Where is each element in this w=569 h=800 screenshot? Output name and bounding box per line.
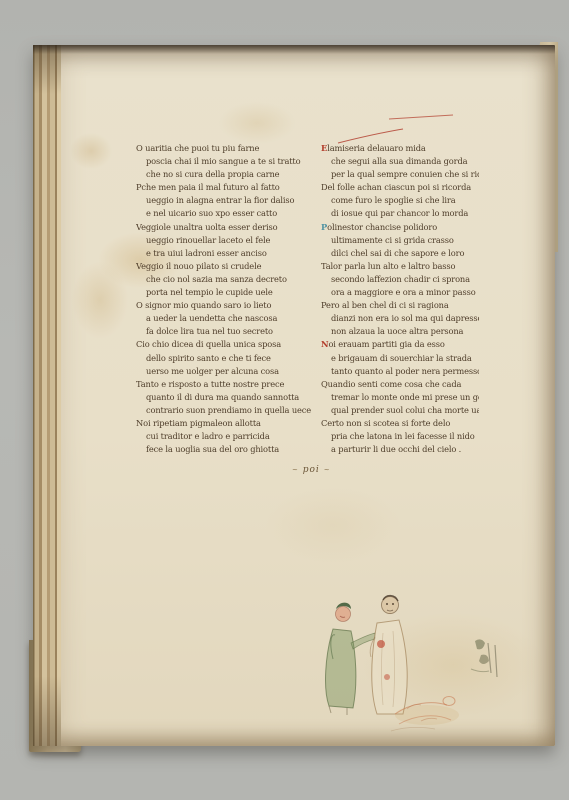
verse-text: secondo laffezion chadir ci sprona: [331, 274, 470, 284]
verse-text: di iosue qui par chancor lo morda: [331, 208, 468, 218]
verse-line: Noi erauam partiti gia da esso: [321, 338, 479, 351]
verse-line: e tra uiui ladroni esser anciso: [136, 247, 320, 260]
verse-line: Elamiseria delauaro mida: [321, 142, 479, 155]
verse-line: Pche men paia il mal futuro al fatto: [136, 181, 320, 194]
verse-text: dello spirito santo e che ti fece: [146, 353, 271, 363]
verse-text: O signor mio quando saro io lieto: [136, 300, 271, 310]
verse-line: ueggio rinouellar laceto el fele: [136, 234, 320, 247]
verse-line: cui traditor e ladro e parricida: [136, 430, 320, 443]
verse-line: non alzaua la uoce altra persona: [321, 325, 479, 338]
flourish-right: ~: [324, 466, 331, 474]
verse-text: ueggio in alagna entrar la fior daliso: [146, 195, 294, 205]
manuscript-photo: O uaritia che puoi tu piu farneposcia ch…: [0, 0, 569, 800]
verse-line: dello spirito santo e che ti fece: [136, 352, 320, 365]
verse-text: dianzi non era io sol ma qui dapresso: [331, 313, 479, 323]
verse-line: Pero al ben chel di ci si ragiona: [321, 299, 479, 312]
verse-line: Talor parla lun alto e laltro basso: [321, 260, 479, 273]
verse-text: porta nel tempio le cupide uele: [146, 287, 273, 297]
verse-line: Veggio il nouo pilato si crudele: [136, 260, 320, 273]
verse-text: contrario suon prendiamo in quella uece: [146, 405, 311, 415]
verse-text: Veggiole unaltra uolta esser deriso: [136, 222, 277, 232]
verse-line: e brigauam di souerchiar la strada: [321, 352, 479, 365]
verse-text: poscia chai il mio sangue a te si tratto: [146, 156, 300, 166]
verse-text: come furo le spoglie si che lira: [331, 195, 456, 205]
verse-text: che no si cura della propia carne: [146, 169, 279, 179]
verse-text: uerso me uolger per alcuna cosa: [146, 366, 279, 376]
verse-line: Noi ripetiam pigmaleon allotta: [136, 417, 320, 430]
robed-figure-pale: [370, 596, 407, 714]
verse-line: fece la uoglia sua del oro ghiotta: [136, 443, 320, 456]
verse-text: a ueder la uendetta che nascosa: [146, 313, 277, 323]
verse-text: ora a maggiore e ora a minor passo: [331, 287, 476, 297]
verse-text: O uaritia che puoi tu piu farne: [136, 143, 259, 153]
verse-text: Talor parla lun alto e laltro basso: [321, 261, 455, 271]
verse-text: Noi ripetiam pigmaleon allotta: [136, 418, 261, 428]
verse-text: Quandio senti come cosa che cada: [321, 379, 461, 389]
verse-text: Pche men paia il mal futuro al fatto: [136, 182, 280, 192]
verse-line: qual prender suol colui cha morte uada: [321, 404, 479, 417]
verse-text: Certo non si scotea si forte delo: [321, 418, 450, 428]
verse-text: non alzaua la uoce altra persona: [331, 326, 463, 336]
verse-text: che cio nol sazia ma sanza decreto: [146, 274, 287, 284]
verse-text: lamiseria delauaro mida: [327, 143, 426, 153]
verse-line: per la qual sempre conuien che si rida: [321, 168, 479, 181]
verse-text: ueggio rinouellar laceto el fele: [146, 235, 270, 245]
verse-text: e tra uiui ladroni esser anciso: [146, 248, 267, 258]
verse-line: porta nel tempio le cupide uele: [136, 286, 320, 299]
verse-text: cui traditor e ladro e parricida: [146, 431, 270, 441]
verse-line: di iosue qui par chancor lo morda: [321, 207, 479, 220]
verse-text: Veggio il nouo pilato si crudele: [136, 261, 261, 271]
robed-figure-green: [326, 603, 375, 715]
verse-text: che segui alla sua dimanda gorda: [331, 156, 467, 166]
verse-text: per la qual sempre conuien che si rida: [331, 169, 479, 179]
verse-text: e nel uicario suo xpo esser catto: [146, 208, 277, 218]
verse-column-2: Elamiseria delauaro midache segui alla s…: [321, 142, 479, 456]
verse-line: Del folle achan ciascun poi si ricorda: [321, 181, 479, 194]
verse-line: poscia chai il mio sangue a te si tratto: [136, 155, 320, 168]
verse-line: ultimamente ci si grida crasso: [321, 234, 479, 247]
verse-text: oi erauam partiti gia da esso: [328, 339, 444, 349]
verse-text: e brigauam di souerchiar la strada: [331, 353, 472, 363]
verse-line: dianzi non era io sol ma qui dapresso: [321, 312, 479, 325]
verse-line: fa dolce lira tua nel tuo secreto: [136, 325, 320, 338]
verse-text: a parturir li due occhi del cielo .: [331, 444, 461, 454]
bas-de-page-illustration: [295, 573, 507, 745]
verse-line: che cio nol sazia ma sanza decreto: [136, 273, 320, 286]
catchword: ~ poi ~: [292, 465, 331, 475]
verse-line: O signor mio quando saro io lieto: [136, 299, 320, 312]
verse-line: secondo laffezion chadir ci sprona: [321, 273, 479, 286]
verse-line: come furo le spoglie si che lira: [321, 194, 479, 207]
verse-line: ora a maggiore e ora a minor passo: [321, 286, 479, 299]
verse-line: uerso me uolger per alcuna cosa: [136, 365, 320, 378]
verse-text: fece la uoglia sua del oro ghiotta: [146, 444, 279, 454]
verse-text: fa dolce lira tua nel tuo secreto: [146, 326, 273, 336]
verse-line: e nel uicario suo xpo esser catto: [136, 207, 320, 220]
verse-text: tanto quanto al poder nera permesso: [331, 366, 479, 376]
verse-line: pria che latona in lei facesse il nido: [321, 430, 479, 443]
verse-text: Tanto e risposto a tutte nostre prece: [136, 379, 284, 389]
verse-line: quanto il di dura ma quando sannotta: [136, 391, 320, 404]
verse-line: tanto quanto al poder nera permesso: [321, 365, 479, 378]
verse-text: Cio chio dicea di quella unica sposa: [136, 339, 281, 349]
verse-line: Certo non si scotea si forte delo: [321, 417, 479, 430]
page-top-shadow: [33, 45, 555, 54]
ink-smudges: [471, 639, 497, 677]
verse-line: Veggiole unaltra uolta esser deriso: [136, 221, 320, 234]
flourish-left: ~: [292, 466, 299, 474]
verse-column-1: O uaritia che puoi tu piu farneposcia ch…: [136, 142, 320, 456]
verse-text: quanto il di dura ma quando sannotta: [146, 392, 299, 402]
verse-line: a ueder la uendetta che nascosa: [136, 312, 320, 325]
verse-text: Del folle achan ciascun poi si ricorda: [321, 182, 471, 192]
verse-line: Polinestor chancise polidoro: [321, 221, 479, 234]
verse-text: ultimamente ci si grida crasso: [331, 235, 454, 245]
verse-line: dilci chel sai di che sapore e loro: [321, 247, 479, 260]
verse-text: olinestor chancise polidoro: [327, 222, 437, 232]
verse-text: dilci chel sai di che sapore e loro: [331, 248, 464, 258]
verse-line: contrario suon prendiamo in quella uece: [136, 404, 320, 417]
verse-line: Cio chio dicea di quella unica sposa: [136, 338, 320, 351]
verse-line: tremar lo monte onde mi prese un gelo: [321, 391, 479, 404]
verse-text: tremar lo monte onde mi prese un gelo: [331, 392, 479, 402]
catchword-text: poi: [303, 465, 320, 475]
verse-text: qual prender suol colui cha morte uada: [331, 405, 479, 415]
verse-line: che segui alla sua dimanda gorda: [321, 155, 479, 168]
verse-line: a parturir li due occhi del cielo .: [321, 443, 479, 456]
verse-line: ueggio in alagna entrar la fior daliso: [136, 194, 320, 207]
verse-line: O uaritia che puoi tu piu farne: [136, 142, 320, 155]
verse-line: Quandio senti come cosa che cada: [321, 378, 479, 391]
gutter-page-edges: [33, 45, 61, 746]
verse-line: che no si cura della propia carne: [136, 168, 320, 181]
verse-text: Pero al ben chel di ci si ragiona: [321, 300, 449, 310]
verse-text: pria che latona in lei facesse il nido: [331, 431, 475, 441]
verse-line: Tanto e risposto a tutte nostre prece: [136, 378, 320, 391]
